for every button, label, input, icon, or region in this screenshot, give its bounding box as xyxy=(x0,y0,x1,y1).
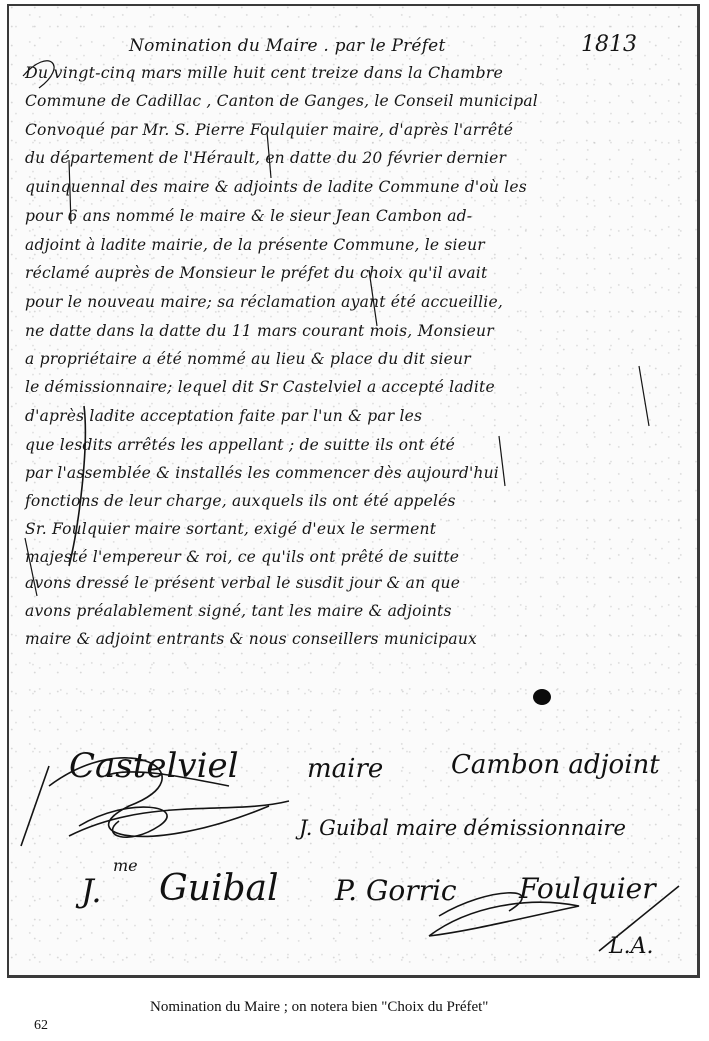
figure-caption: Nomination du Maire ; on notera bien "Ch… xyxy=(150,999,488,1016)
page-number: 62 xyxy=(34,1018,48,1034)
signature-flourishes xyxy=(9,6,700,978)
manuscript-frame: Nomination du Maire . par le Préfet 1813… xyxy=(7,4,700,978)
